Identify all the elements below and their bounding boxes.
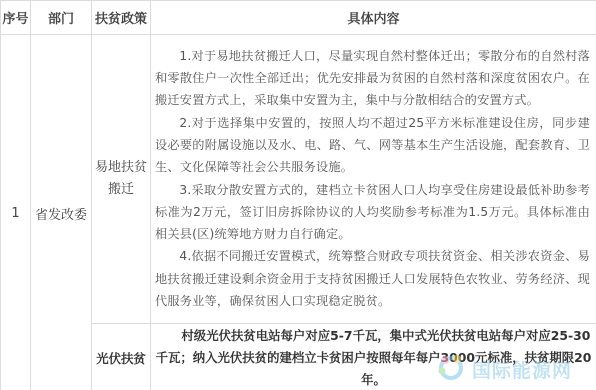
table-header-row: 序号 部门 扶贫政策 具体内容 (1, 1, 596, 35)
policy-name: 易地扶贫搬迁 (92, 35, 151, 324)
content-text: 村级光伏扶贫电站每户对应5-7千瓦，集中式光伏扶贫电站每户对应25-30千瓦；纳… (153, 325, 594, 390)
header-department: 部门 (31, 1, 92, 35)
table-row: 1 省发改委 易地扶贫搬迁 1.对于易地扶贫搬迁人口，尽量实现自然村整体迁出；零… (1, 35, 596, 324)
poverty-policy-table: 序号 部门 扶贫政策 具体内容 1 省发改委 易地扶贫搬迁 1.对于易地扶贫搬迁… (0, 0, 596, 390)
content-paragraph: 4.依据不同搬迁安置模式，统筹整合财政专项扶贫资金、相关涉农资金、易地扶贫搬迁建… (155, 245, 590, 312)
policy-content: 村级光伏扶贫电站每户对应5-7千瓦，集中式光伏扶贫电站每户对应25-30千瓦；纳… (151, 324, 596, 390)
content-paragraph: 3.采取分散安置方式的，建档立卡贫困人口人均享受住房建设最低补助参考标准为2万元… (155, 179, 590, 246)
policy-content: 1.对于易地扶贫搬迁人口，尽量实现自然村整体迁出；零散分布的自然村落和零散住户一… (151, 35, 596, 324)
header-index: 序号 (1, 1, 31, 35)
header-content: 具体内容 (151, 1, 596, 35)
header-policy: 扶贫政策 (92, 1, 151, 35)
policy-name: 光伏扶贫 (92, 324, 151, 390)
row-department: 省发改委 (31, 35, 92, 390)
content-paragraph: 1.对于易地扶贫搬迁人口，尽量实现自然村整体迁出；零散分布的自然村落和零散住户一… (155, 45, 590, 112)
row-index: 1 (1, 35, 31, 390)
policy-name-text: 易地扶贫搬迁 (95, 157, 147, 201)
content-paragraph: 2.对于选择集中安置的，按照人均不超过25平方米标准建设住房，同步建设必要的附属… (155, 112, 590, 179)
